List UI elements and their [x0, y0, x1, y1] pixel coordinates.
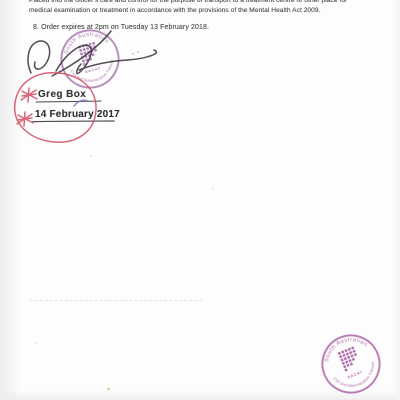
pen-squiggle	[74, 100, 88, 106]
faint-fold-line	[30, 300, 202, 301]
scanned-document-page: Placed into the officer's care and contr…	[0, 0, 400, 400]
scan-speck	[212, 188, 214, 190]
stamp-center-label: SACAT	[85, 66, 102, 74]
ink-specks	[132, 51, 138, 54]
scan-speck	[35, 342, 37, 344]
tribunal-stamp-bottom: South Australian Civil and Administrativ…	[311, 324, 392, 400]
paragraph-line: medical examination or treatment in acco…	[29, 7, 320, 14]
stamp-inner-art: South Australian Civil and Administrativ…	[319, 330, 383, 395]
signed-date: 14 February 2017	[35, 109, 120, 120]
red-asterisk-date	[17, 112, 33, 126]
clipped-paragraph-line: Placed into the officer's care and contr…	[29, 0, 389, 6]
stamp-building-icon	[78, 42, 100, 66]
clipped-paragraph-text: Placed into the officer's care and contr…	[29, 0, 389, 4]
scan-edge-left	[0, 0, 22, 400]
red-asterisk-name	[21, 88, 37, 102]
scan-speck	[107, 388, 110, 390]
stamp-building-icon	[338, 346, 361, 371]
scan-speck	[150, 57, 152, 58]
stamp-arc-top-text: South Australian	[319, 330, 370, 364]
order-expiry-line: 8. Order expires at 2pm on Tuesday 13 Fe…	[33, 24, 209, 31]
stamp-center-label: SACAT	[347, 370, 364, 380]
svg-text:South Australian: South Australian	[319, 330, 370, 364]
scan-edge-right	[393, 0, 400, 400]
scan-speck	[90, 155, 92, 157]
tribunal-stamp-top: South Australian Civil and Administrativ…	[52, 21, 128, 97]
